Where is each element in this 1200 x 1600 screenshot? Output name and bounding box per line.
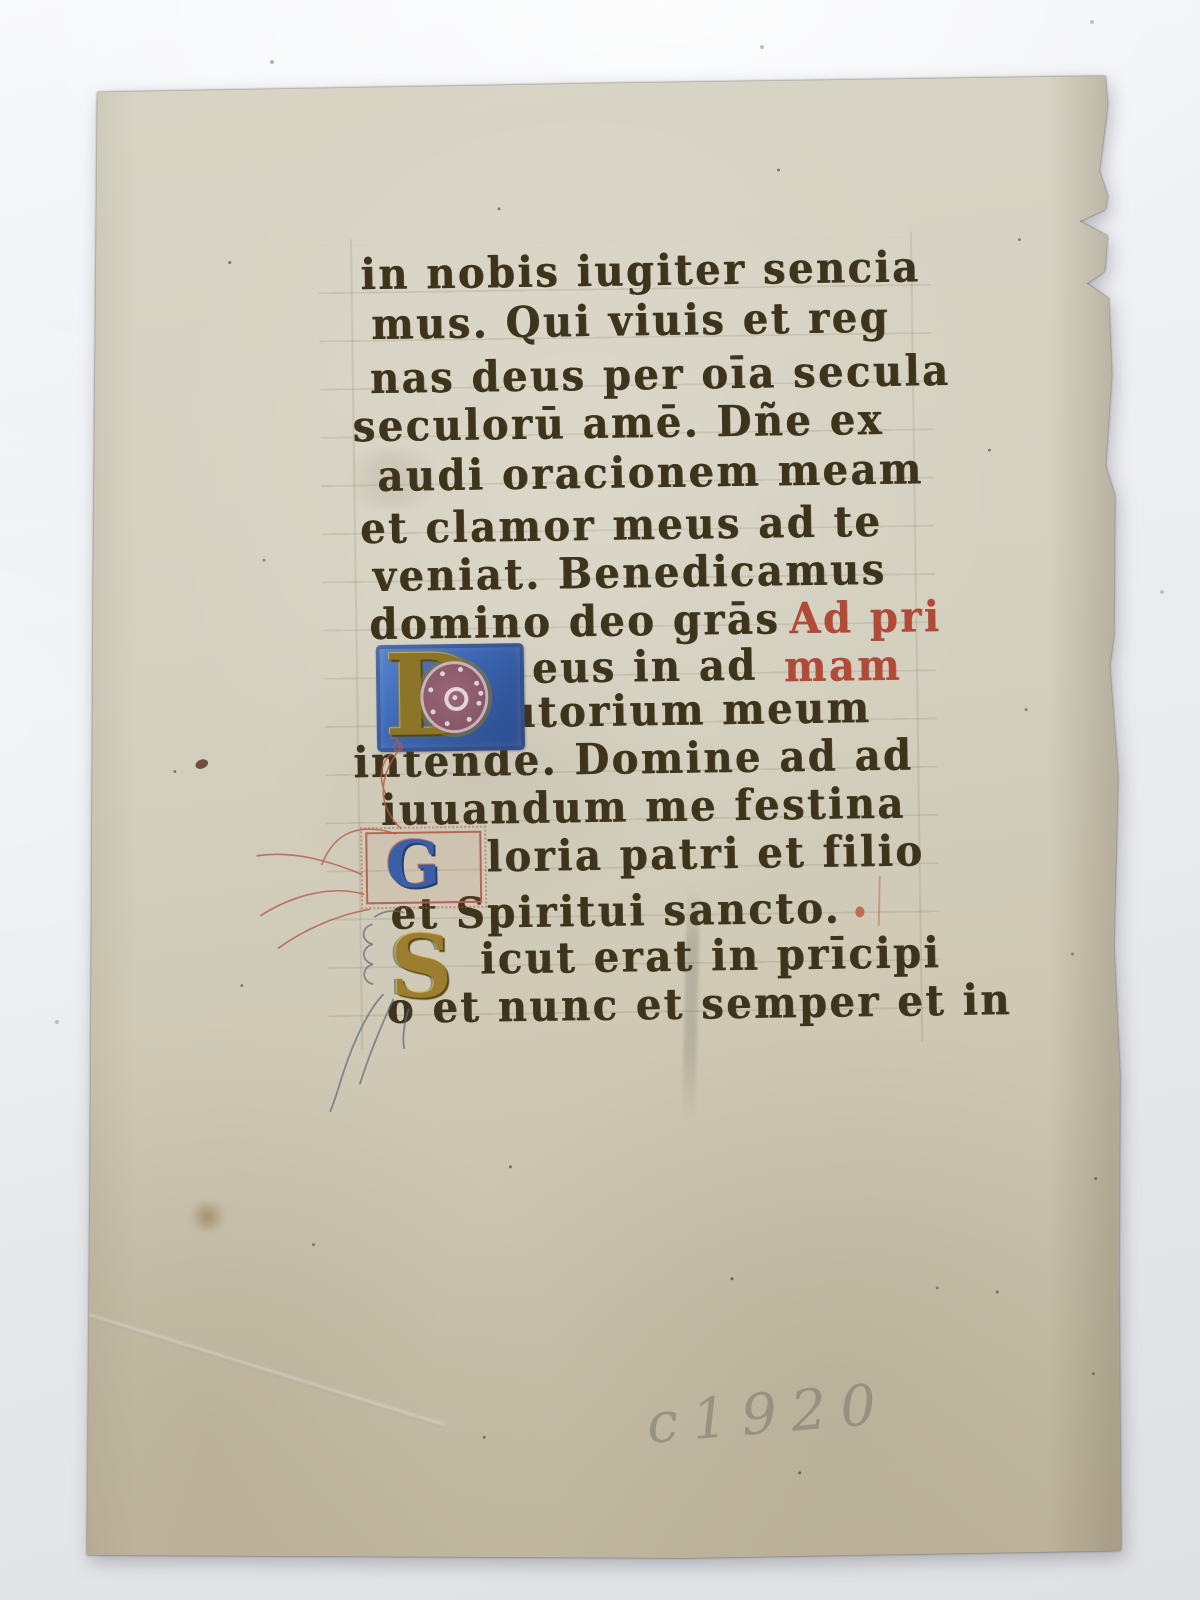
text-line-13: loria patri et filio (486, 826, 925, 883)
red-punctuation-dot (855, 906, 864, 917)
leaf-content: in nobis iugiter sencia mus. Qui viuis e… (76, 69, 1133, 1565)
text-line-2: mus. Qui viuis et reg (371, 292, 890, 351)
manuscript-leaf-wrap: in nobis iugiter sencia mus. Qui viuis e… (85, 76, 1121, 1558)
manuscript-leaf: in nobis iugiter sencia mus. Qui viuis e… (85, 76, 1121, 1558)
rubric-ad-primam-part1: Ad pri (789, 592, 942, 645)
illuminated-initial-s: S (376, 924, 477, 1011)
initial-d-white-dots (452, 695, 457, 700)
pencil-inscription: c1920 (644, 1372, 892, 1457)
text-line-5: audi oracionem meam (377, 444, 924, 503)
photo-of-manuscript-leaf: { "artifact": { "kind": "Illuminated man… (0, 0, 1200, 1600)
parchment-crease (80, 1311, 444, 1427)
rubric-ad-primam-part2: mam (784, 640, 903, 693)
illuminated-initial-g: G (365, 831, 482, 905)
backdrop-dust-specks (270, 60, 274, 64)
parchment-stain-left (187, 1201, 227, 1232)
initial-g-letter: G (385, 827, 441, 903)
text-line-4: seculorū amē. Dñe ex (352, 394, 884, 453)
initial-s-letter: S (389, 916, 453, 1018)
margin-ink-blot (194, 758, 209, 771)
parchment-specks (228, 261, 231, 264)
